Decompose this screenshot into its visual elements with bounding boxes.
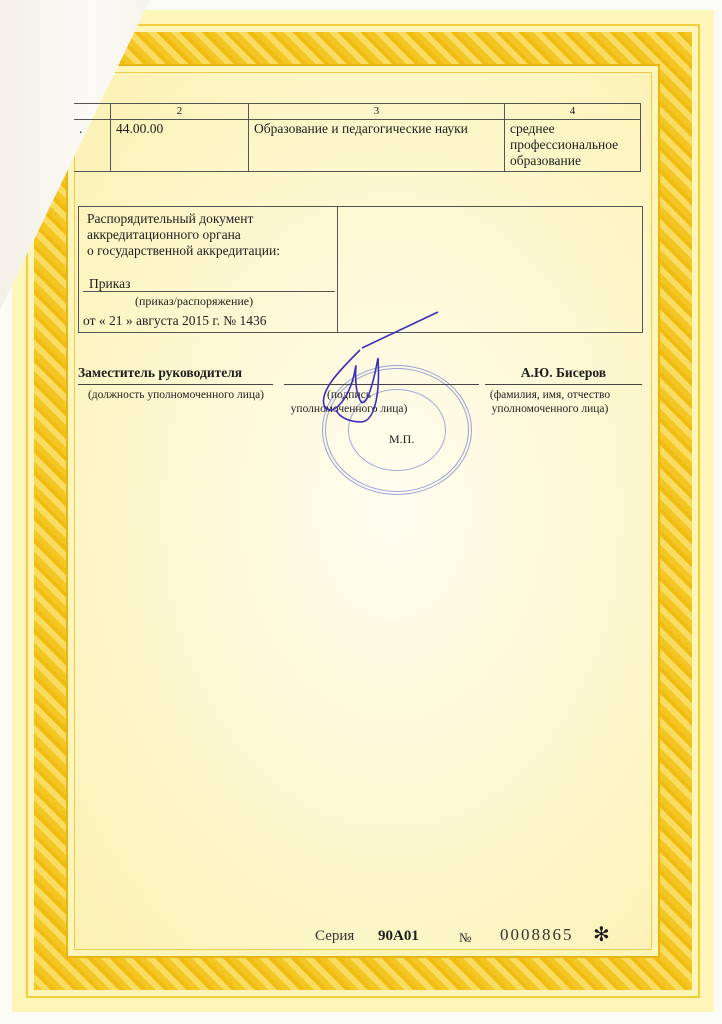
header-cell-2: 2	[111, 104, 249, 120]
education-level: среднее профессиональное образование	[505, 120, 641, 172]
series-label: Серия	[315, 928, 354, 945]
inner-field	[74, 72, 652, 950]
number-label: №	[459, 930, 471, 946]
header-cell-4: 4	[505, 104, 641, 120]
name-caption-line: уполномоченного лица)	[470, 402, 630, 416]
name-caption: (фамилия, имя, отчество уполномоченного …	[470, 388, 630, 416]
order-date: от « 21 » августа 2015 г. № 1436	[83, 313, 266, 329]
table-row: . 44.00.00 Образование и педагогические …	[74, 120, 641, 172]
stamp-label: М.П.	[389, 432, 414, 447]
serial-number: 0008865	[500, 925, 574, 945]
program-name: Образование и педагогические науки	[249, 120, 505, 172]
table-header-row: 2 3 4	[74, 104, 641, 120]
level-line: образование	[510, 153, 635, 169]
order-type-underline	[83, 291, 335, 292]
position-caption: (должность уполномоченного лица)	[76, 388, 276, 402]
program-code: 44.00.00	[111, 120, 249, 172]
programs-table: 2 3 4 . 44.00.00 Образование и педагогич…	[74, 103, 641, 172]
order-type-caption: (приказ/распоряжение)	[135, 293, 253, 309]
signer-name: А.Ю. Бисеров	[485, 365, 642, 385]
order-line: Распорядительный документ	[87, 211, 253, 227]
order-line: аккредитационного органа	[87, 227, 241, 243]
series-value: 90А01	[378, 928, 419, 945]
level-line: профессиональное	[510, 137, 635, 153]
name-caption-line: (фамилия, имя, отчество	[470, 388, 630, 402]
handwritten-signature	[300, 310, 440, 430]
order-type: Приказ	[89, 276, 130, 292]
order-line: о государственной аккредитации:	[87, 243, 280, 259]
header-cell-1	[74, 104, 111, 120]
header-cell-3: 3	[249, 104, 505, 120]
row-number-cell: .	[74, 120, 111, 172]
level-line: среднее	[510, 121, 635, 137]
signer-position: Заместитель руководителя	[78, 365, 273, 385]
asterisk-mark: ✻	[593, 922, 610, 947]
